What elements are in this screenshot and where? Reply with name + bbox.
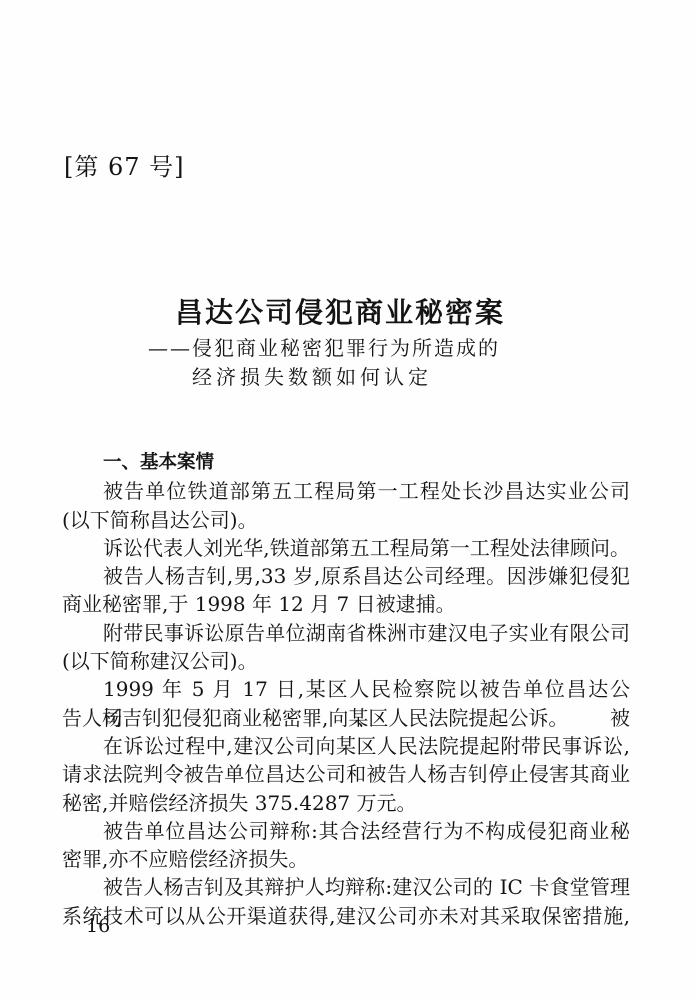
case-title: 昌达公司侵犯商业秘密案 xyxy=(0,291,680,331)
document-page: [第 67 号] 昌达公司侵犯商业秘密案 ——侵犯商业秘密犯罪行为所造成的 经济… xyxy=(0,0,694,999)
body-line: 诉讼代表人刘光华,铁道部第五工程局第一工程处法律顾问。 xyxy=(62,534,630,562)
body-line: 被告单位昌达公司辩称:其合法经营行为不构成侵犯商业秘 xyxy=(62,817,630,845)
body-text: 一、基本案情被告单位铁道部第五工程局第一工程处长沙昌达实业公司(以下简称昌达公司… xyxy=(62,449,630,930)
page-number: 16 xyxy=(86,915,110,937)
body-line: 在诉讼过程中,建汉公司向某区人民法院提起附带民事诉讼, xyxy=(62,732,630,760)
body-line: 附带民事诉讼原告单位湖南省株洲市建汉电子实业有限公司 xyxy=(62,619,630,647)
body-line: (以下简称昌达公司)。 xyxy=(62,506,630,534)
body-line: 系统技术可以从公开渠道获得,建汉公司亦未对其采取保密措施, xyxy=(62,902,630,930)
section-heading: 一、基本案情 xyxy=(62,449,630,477)
body-line: 请求法院判令被告单位昌达公司和被告人杨吉钊停止侵害其商业 xyxy=(62,760,630,788)
body-line: 1999 年 5 月 17 日,某区人民检察院以被告单位昌达公司、被 xyxy=(62,675,630,703)
case-number-label: [第 67 号] xyxy=(64,147,185,182)
body-line: 被告人杨吉钊,男,33 岁,原系昌达公司经理。因涉嫌犯侵犯 xyxy=(62,562,630,590)
body-line: 被告单位铁道部第五工程局第一工程处长沙昌达实业公司 xyxy=(62,477,630,505)
body-line: (以下简称建汉公司)。 xyxy=(62,647,630,675)
case-subtitle-line-2: 经济损失数额如何认定 xyxy=(0,361,624,390)
body-line: 被告人杨吉钊及其辩护人均辩称:建汉公司的 IC 卡食堂管理 xyxy=(62,873,630,901)
body-line: 秘密,并赔偿经济损失 375.4287 万元。 xyxy=(62,789,630,817)
body-line: 告人杨吉钊犯侵犯商业秘密罪,向某区人民法院提起公诉。 xyxy=(62,704,630,732)
body-line: 密罪,亦不应赔偿经济损失。 xyxy=(62,845,630,873)
case-subtitle-line-1: ——侵犯商业秘密犯罪行为所造成的 xyxy=(0,332,648,361)
body-line: 商业秘密罪,于 1998 年 12 月 7 日被逮捕。 xyxy=(62,590,630,618)
